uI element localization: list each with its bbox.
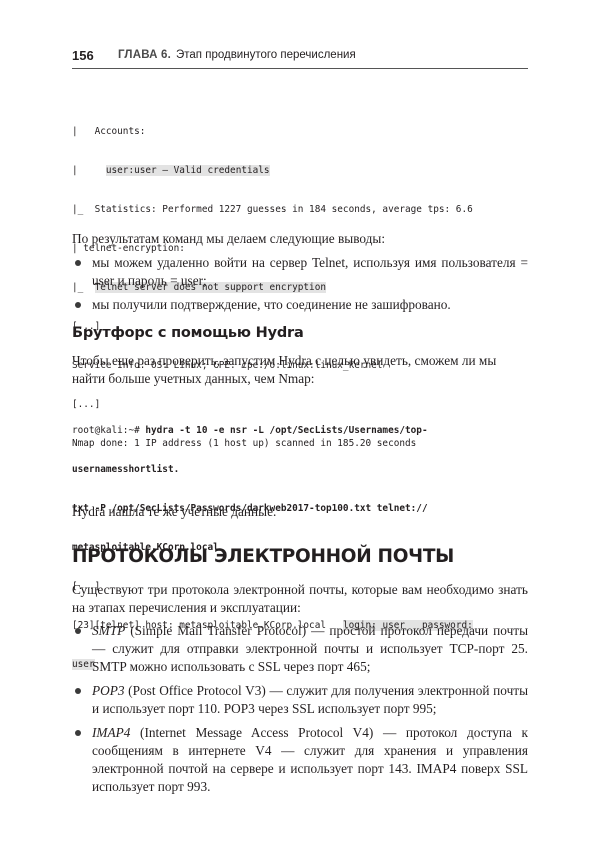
hydra-intro: Чтобы еще раз проверить, запустим Hydra …	[72, 352, 528, 388]
protocol-name: SMTP	[92, 623, 125, 638]
section-heading-hydra: Брутфорс с помощью Hydra	[72, 325, 304, 341]
bullet-icon	[75, 688, 81, 694]
bullet-icon	[75, 260, 81, 266]
list-item-imap4: IMAP4 (Internet Message Access Protocol …	[72, 724, 528, 796]
list-item-smtp: SMTP (Simple Mail Transfer Protocol) — п…	[72, 622, 528, 676]
header-rule	[72, 68, 528, 69]
running-header: 156 ГЛАВА 6. Этап продвинутого перечисле…	[72, 48, 528, 66]
code-line: root@kali:~# hydra -t 10 -e nsr -L /opt/…	[72, 424, 473, 437]
list-item: мы можем удаленно войти на сервер Telnet…	[72, 254, 528, 290]
bullet-icon	[75, 730, 81, 736]
protocol-name: POP3	[92, 683, 125, 698]
highlighted-credentials: user:user – Valid credentials	[106, 165, 270, 176]
code-line: | user:user – Valid credentials	[72, 164, 473, 177]
code-line: | Accounts:	[72, 125, 473, 138]
bullet-icon	[75, 628, 81, 634]
chapter-label: ГЛАВА 6.	[118, 49, 171, 61]
conclusions-list: мы можем удаленно войти на сервер Telnet…	[72, 254, 528, 314]
email-intro: Существуют три протокола электронной поч…	[72, 581, 528, 617]
section-heading-email-protocols: ПРОТОКОЛЫ ЭЛЕКТРОННОЙ ПОЧТЫ	[72, 546, 454, 567]
code-line: |_ Statistics: Performed 1227 guesses in…	[72, 203, 473, 216]
code-line: usernamesshortlist.	[72, 463, 473, 476]
hydra-conclusion: Hydra нашла те же учетные данные.	[72, 503, 528, 521]
conclusions-intro: По результатам команд мы делаем следующи…	[72, 230, 528, 248]
protocol-name: IMAP4	[92, 725, 130, 740]
shell-prompt: root@kali:~#	[72, 425, 145, 436]
command-text: hydra -t 10 -e nsr -L /opt/SecLists/User…	[145, 425, 427, 436]
chapter-title: Этап продвинутого перечисления	[176, 49, 356, 61]
protocol-list: SMTP (Simple Mail Transfer Protocol) — п…	[72, 622, 528, 796]
page-number: 156	[72, 48, 94, 63]
list-item-pop3: POP3 (Post Office Protocol V3) — служит …	[72, 682, 528, 718]
bullet-icon	[75, 302, 81, 308]
list-item: мы получили подтверждение, что соединени…	[72, 296, 528, 314]
